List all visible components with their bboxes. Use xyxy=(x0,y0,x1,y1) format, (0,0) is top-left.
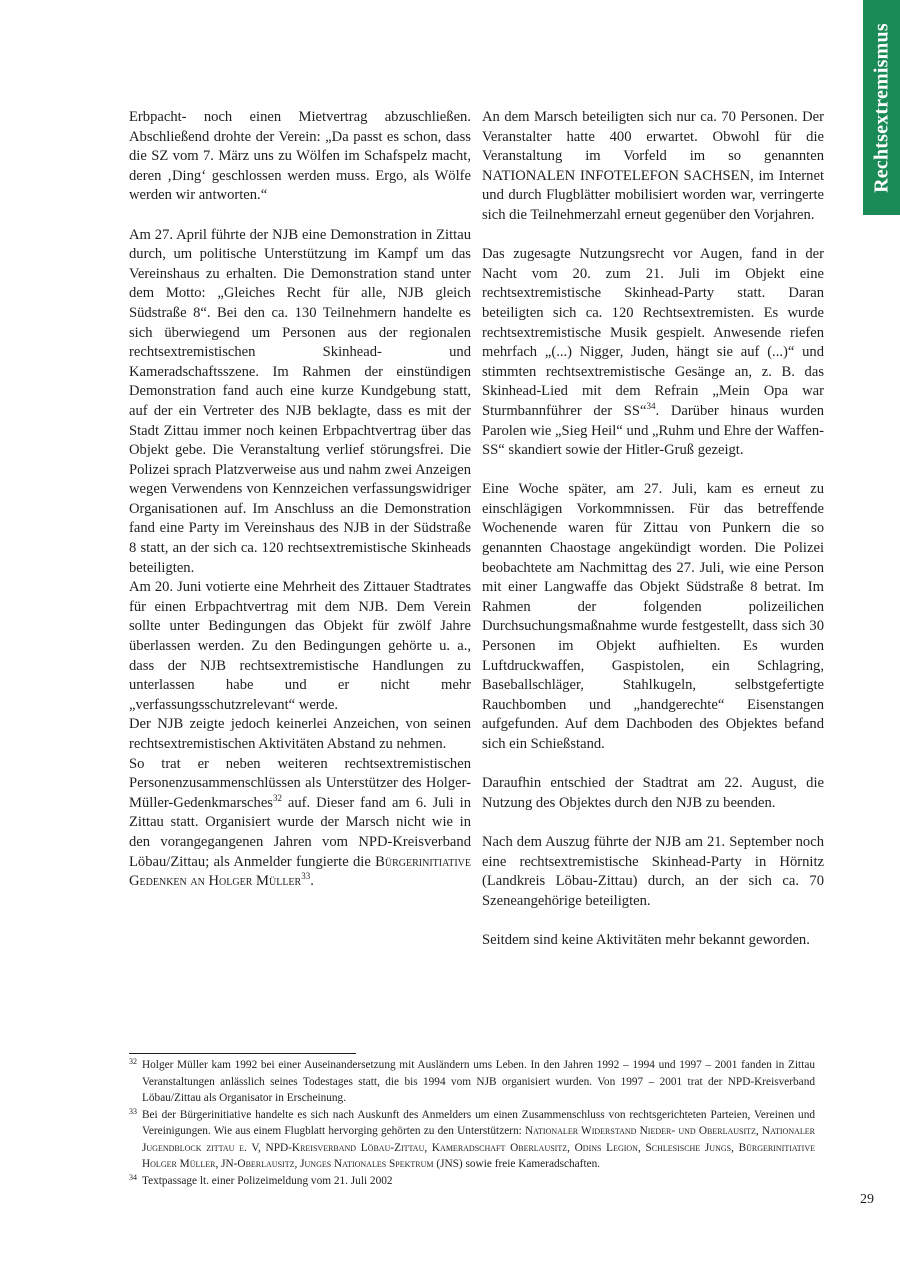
paragraph-text: Das zugesagte Nutzungsrecht vor Augen, f… xyxy=(482,246,824,419)
paragraph: Daraufhin entschied der Stadtrat am 22. … xyxy=(482,774,824,813)
paragraph-text: . xyxy=(310,873,314,889)
paragraph: Erbpacht- noch einen Mietvertrag abzusch… xyxy=(129,108,471,206)
left-column: Erbpacht- noch einen Mietvertrag abzusch… xyxy=(129,108,471,892)
paragraph: So trat er neben weiteren rechtsextremis… xyxy=(129,755,471,892)
footnote-text: sowie freie Kameradschaften. xyxy=(463,1158,600,1170)
footnote-33: 33 Bei der Bürgerinitiative handelte es … xyxy=(129,1107,815,1173)
paragraph: Seitdem sind keine Aktivitäten mehr beka… xyxy=(482,931,824,951)
paragraph: Das zugesagte Nutzungsrecht vor Augen, f… xyxy=(482,245,824,461)
paragraph: An dem Marsch beteiligten sich nur ca. 7… xyxy=(482,108,824,226)
footnotes: 32 Holger Müller kam 1992 bei einer Ause… xyxy=(129,1057,815,1189)
section-tab-label: Rechtsextremismus xyxy=(870,23,893,193)
paragraph: Am 20. Juni votierte eine Mehrheit des Z… xyxy=(129,578,471,715)
footnote-ref-34[interactable]: 34 xyxy=(647,401,656,411)
footnote-divider xyxy=(129,1053,356,1054)
paragraph: Der NJB zeigte jedoch keinerlei Anzeiche… xyxy=(129,715,471,754)
footnote-number: 34 xyxy=(129,1170,137,1187)
footnote-text: Holger Müller kam 1992 bei einer Auseina… xyxy=(142,1059,815,1104)
paragraph: Am 27. April führte der NJB eine Demonst… xyxy=(129,226,471,579)
paragraph: Nach dem Auszug führte der NJB am 21. Se… xyxy=(482,833,824,911)
right-column: An dem Marsch beteiligten sich nur ca. 7… xyxy=(482,108,824,951)
footnote-ref-33[interactable]: 33 xyxy=(301,871,310,881)
footnote-32: 32 Holger Müller kam 1992 bei einer Ause… xyxy=(129,1057,815,1107)
page-number: 29 xyxy=(860,1192,874,1208)
footnote-text: Textpassage lt. einer Polizeimeldung vom… xyxy=(142,1175,393,1187)
section-tab: Rechtsextremismus xyxy=(863,0,900,215)
footnote-34: 34 Textpassage lt. einer Polizeimeldung … xyxy=(129,1173,815,1190)
footnote-number: 32 xyxy=(129,1054,137,1071)
footnote-ref-32[interactable]: 32 xyxy=(273,793,282,803)
footnote-number: 33 xyxy=(129,1104,137,1121)
paragraph: Eine Woche später, am 27. Juli, kam es e… xyxy=(482,480,824,754)
